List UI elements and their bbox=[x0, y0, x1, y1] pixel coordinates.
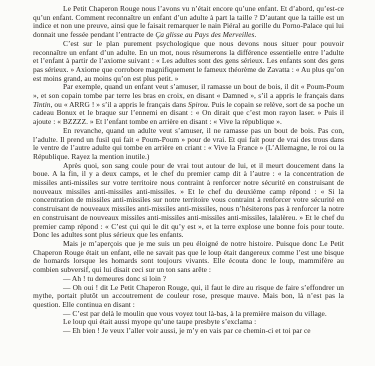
para-jeu-adulte: En revanche, quand un adulte veut s’amus… bbox=[33, 127, 344, 162]
para-jeu-enfant: Par exemple, quand un enfant veut s’amus… bbox=[33, 83, 344, 127]
italic-work-title: Tintin bbox=[33, 100, 51, 109]
text-segment: C’est sur le plan purement psychologique… bbox=[33, 39, 344, 83]
text-segment: — Ah ! tu demeures donc si loin ? bbox=[63, 274, 166, 283]
para-retour-histoire: Mais je m’aperçois que je me suis un peu… bbox=[33, 240, 344, 275]
text-segment: Le loup qui était aussi myope qu’une tau… bbox=[63, 317, 256, 326]
text-segment: En revanche, quand un adulte veut s’amus… bbox=[33, 126, 344, 161]
text-segment: — Eh bien ! Je veux l’aller voir aussi, … bbox=[63, 326, 311, 335]
document-page: Le Petit Chaperon Rouge nous l’avons vu … bbox=[0, 0, 375, 366]
italic-work-title: Ça glisse au Pays des Merveilles bbox=[155, 30, 254, 39]
text-segment: — C’est par delà le moulin que vous voye… bbox=[63, 309, 327, 318]
para-definition-enfant: Le Petit Chaperon Rouge nous l’avons vu … bbox=[33, 5, 344, 40]
dialogue-chaperon-reponse: — Oh oui ! dit Le Petit Chaperon Rouge, … bbox=[33, 284, 344, 310]
para-axiome-adultes-enfants: C’est sur le plan purement psychologique… bbox=[33, 40, 344, 84]
text-segment: , ou « ARRG ! » s’il a appris le françai… bbox=[51, 100, 188, 109]
text-segment: — Oh oui ! dit Le Petit Chaperon Rouge, … bbox=[33, 283, 344, 309]
text-segment: . bbox=[254, 30, 256, 39]
italic-work-title: Spirou bbox=[188, 100, 208, 109]
text-segment: Après quoi, son sang coule pour de vrai … bbox=[33, 161, 344, 240]
para-missiles: Après quoi, son sang coule pour de vrai … bbox=[33, 162, 344, 240]
dialogue-loup-chemins: — Eh bien ! Je veux l’aller voir aussi, … bbox=[33, 327, 344, 336]
text-body: Le Petit Chaperon Rouge nous l’avons vu … bbox=[33, 5, 344, 336]
text-segment: Par exemple, quand un enfant veut s’amus… bbox=[33, 82, 344, 100]
text-segment: Mais je m’aperçois que je me suis un peu… bbox=[33, 239, 344, 274]
